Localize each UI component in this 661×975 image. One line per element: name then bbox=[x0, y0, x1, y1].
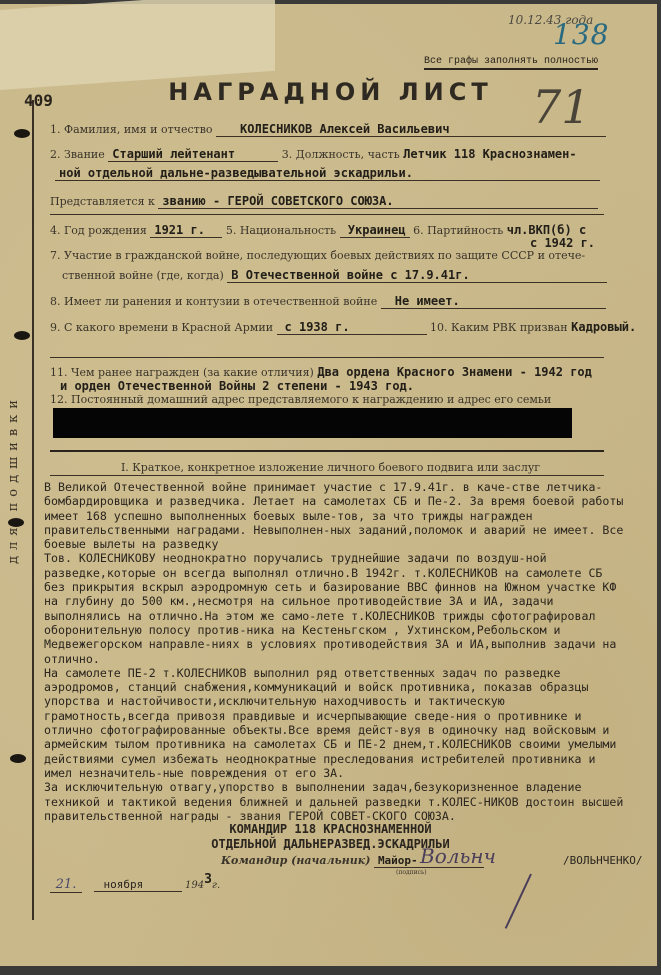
wounds-value: Не имеет. bbox=[381, 294, 606, 309]
citation-paragraph: За исключительную отвагу,упорство в выпо… bbox=[44, 780, 624, 823]
nominated-for: Представляется к званию - ГЕРОЙ СОВЕТСКО… bbox=[50, 194, 621, 212]
nominated-value: званию - ГЕРОЙ СОВЕТСКОГО СОЮЗА. bbox=[158, 194, 598, 209]
field-2-3-rank-position: 2. Звание Старший лейтенант 3. Должность… bbox=[50, 147, 621, 165]
participation-value: В Отечественной войне с 17.9.41г. bbox=[227, 268, 607, 283]
document-date: 21. ноября 1943г. bbox=[50, 877, 220, 893]
prior-awards-value: Два ордена Красного Знамени - 1942 год bbox=[317, 365, 592, 379]
binding-margin-line bbox=[32, 100, 34, 920]
birth-year-value: 1921 г. bbox=[150, 223, 222, 238]
punch-hole-icon bbox=[10, 754, 26, 763]
rank-value: Старший лейтенант bbox=[108, 147, 278, 162]
position-value: Летчик 118 Краснознамен- bbox=[403, 147, 576, 161]
award-sheet-page: для подшивки 10.12.43 года 138 Все графы… bbox=[0, 4, 657, 966]
field-7-continued: ственной войне (где, когда) В Отечествен… bbox=[62, 268, 621, 286]
divider bbox=[50, 214, 604, 215]
citation-paragraph: В Великой Отечественной войне принимает … bbox=[44, 480, 624, 551]
citation-text: В Великой Отечественной войне принимает … bbox=[44, 480, 624, 823]
paper-tape bbox=[0, 0, 275, 90]
signature-caption: (подпись) bbox=[396, 869, 427, 876]
redacted-address bbox=[53, 408, 572, 438]
commander-name: /ВОЛЬНЧЕНКО/ bbox=[563, 854, 642, 867]
party-value: чл.ВКП(б) с bbox=[507, 223, 586, 237]
section-title: I. Краткое, конкретное изложение личного… bbox=[0, 461, 661, 474]
citation-paragraph: На самолете ПЕ-2 т.КОЛЕСНИКОВ выполнил р… bbox=[44, 666, 624, 780]
army-since-value: с 1938 г. bbox=[277, 320, 427, 335]
citation-paragraph: Тов. КОЛЕСНИКОВУ неоднократно поручались… bbox=[44, 551, 624, 665]
punch-hole-icon bbox=[14, 129, 30, 138]
nationality-value: Украинец bbox=[340, 223, 410, 238]
divider bbox=[50, 357, 604, 358]
punch-hole-icon bbox=[14, 331, 30, 340]
punch-hole-icon bbox=[8, 518, 24, 527]
date-day: 21. bbox=[50, 877, 82, 893]
signature-stroke bbox=[505, 874, 532, 929]
divider bbox=[50, 475, 604, 476]
position-value-cont: ной отдельной дальне-разведывательной эс… bbox=[55, 166, 600, 181]
field-1-name: 1. Фамилия, имя и отчество КОЛЕСНИКОВ Ал… bbox=[50, 122, 621, 140]
field-7-participation: 7. Участие в гражданской войне, последую… bbox=[50, 249, 621, 267]
signature-unit: КОМАНДИР 118 КРАСНОЗНАМЕННОЙ ОТДЕЛЬНОЙ Д… bbox=[0, 822, 661, 852]
rvk-value: Кадровый. bbox=[571, 320, 636, 334]
field-8-wounds: 8. Имеет ли ранения и контузии в отечест… bbox=[50, 294, 621, 312]
section-divider bbox=[50, 450, 604, 452]
handwritten-signature: Вольнч bbox=[420, 844, 496, 868]
full-name-value: КОЛЕСНИКОВ Алексей Васильевич bbox=[216, 122, 606, 137]
archive-number: 138 bbox=[553, 18, 609, 51]
field-9-10: 9. С какого времени в Красной Армии с 19… bbox=[50, 320, 621, 338]
date-month: ноября bbox=[94, 878, 182, 892]
field-3-continued: ной отдельной дальне-разведывательной эс… bbox=[55, 166, 621, 184]
date-year: 1943г. bbox=[185, 880, 220, 891]
binding-label: для подшивки bbox=[6, 344, 28, 614]
instruction-text: Все графы заполнять полностью bbox=[424, 56, 598, 70]
